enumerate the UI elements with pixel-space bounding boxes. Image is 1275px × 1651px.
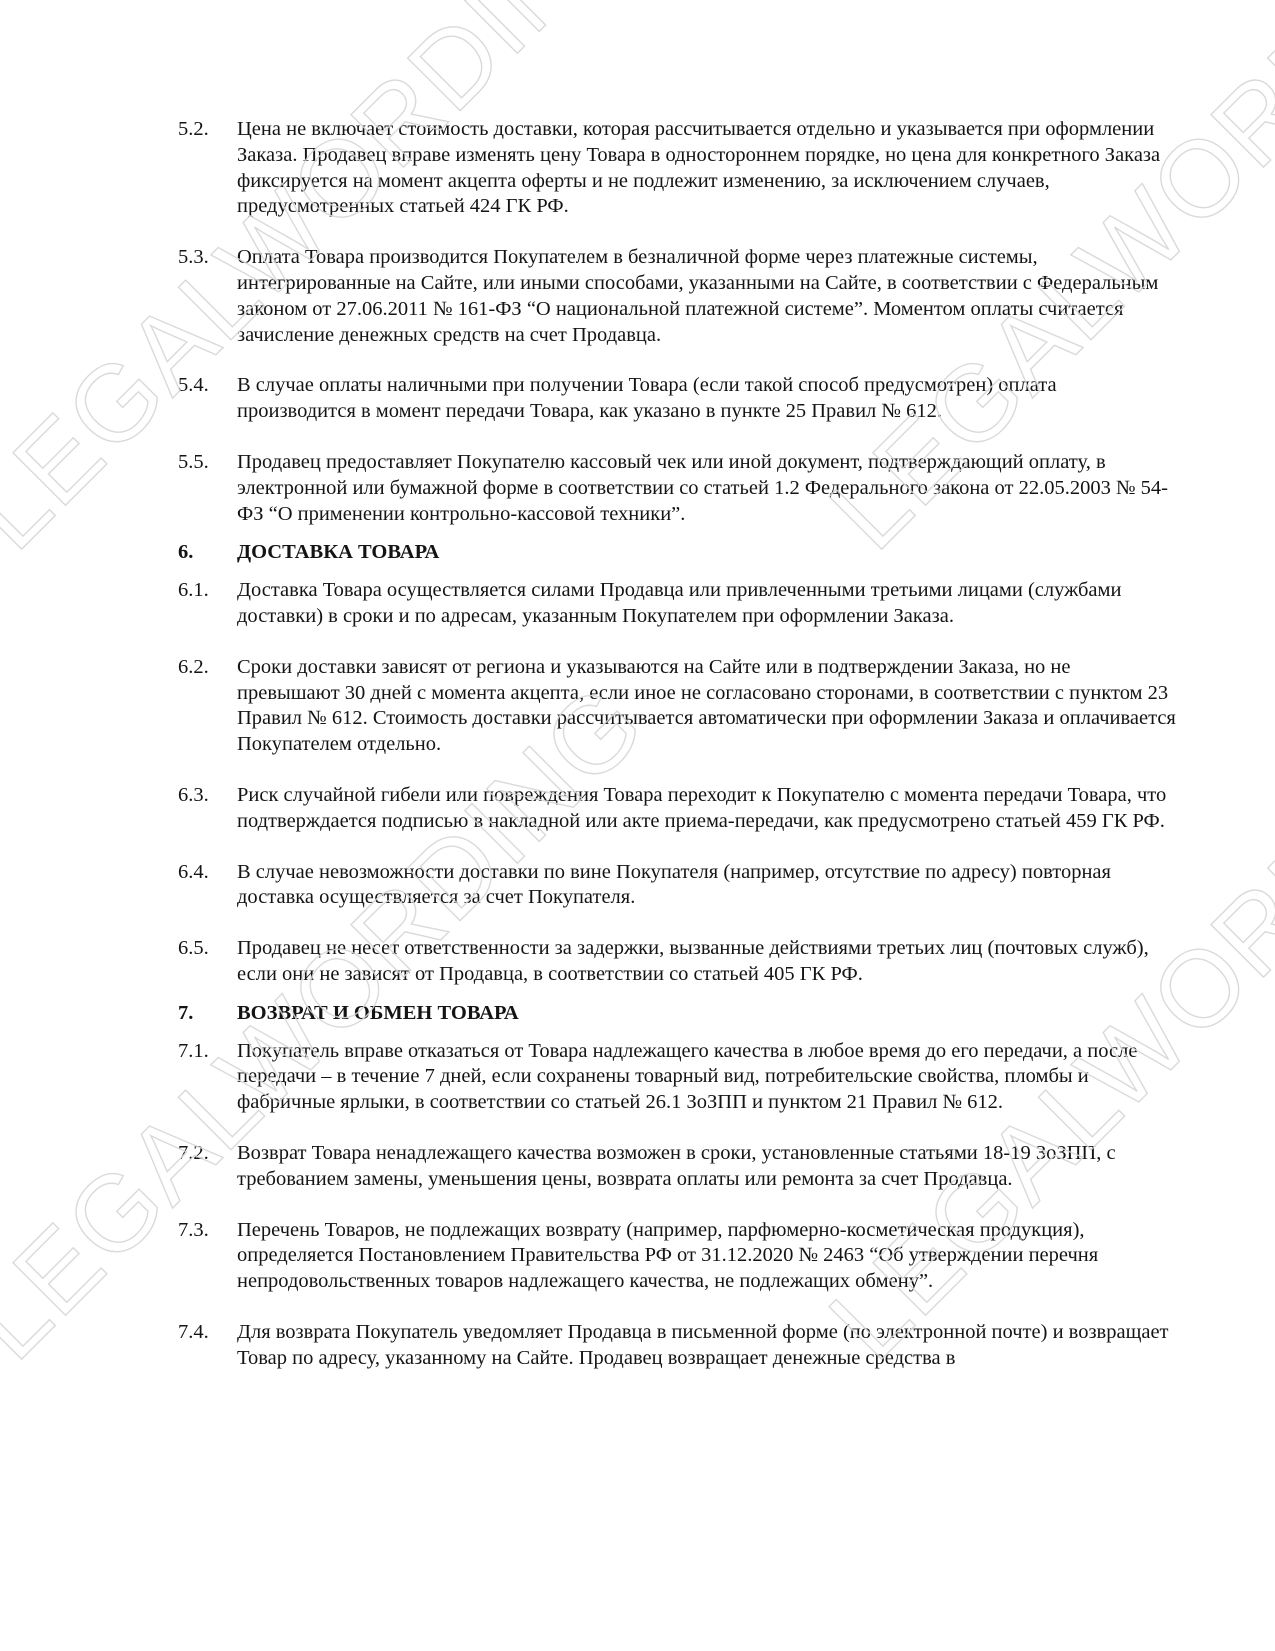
clause-5-5: 5.5. Продавец предоставляет Покупателю к… (178, 450, 1178, 527)
clause-6-2: 6.2. Сроки доставки зависят от региона и… (178, 655, 1178, 758)
clause-7-1: 7.1. Покупатель вправе отказаться от Тов… (178, 1039, 1178, 1116)
clause-text: Продавец предоставляет Покупателю кассов… (237, 450, 1178, 527)
clause-number: 5.2. (178, 117, 237, 220)
clause-number: 6.5. (178, 936, 237, 988)
clause-7-2: 7.2. Возврат Товара ненадлежащего качест… (178, 1141, 1178, 1193)
clause-text: Перечень Товаров, не подлежащих возврату… (237, 1218, 1178, 1295)
clause-number: 7.4. (178, 1320, 237, 1372)
clause-text: Доставка Товара осуществляется силами Пр… (237, 578, 1178, 630)
clause-text: Риск случайной гибели или повреждения То… (237, 783, 1178, 835)
clause-number: 6.1. (178, 578, 237, 630)
clause-text: Цена не включает стоимость доставки, кот… (237, 117, 1178, 220)
clause-7-4: 7.4. Для возврата Покупатель уведомляет … (178, 1320, 1178, 1372)
clause-5-3: 5.3. Оплата Товара производится Покупате… (178, 245, 1178, 348)
clause-number: 6.4. (178, 860, 237, 912)
document-body: 5.2. Цена не включает стоимость доставки… (178, 117, 1178, 1396)
clause-6-5: 6.5. Продавец не несет ответственности з… (178, 936, 1178, 988)
section-heading-7: 7. ВОЗВРАТ И ОБМЕН ТОВАРА (178, 1001, 1178, 1027)
clause-6-1: 6.1. Доставка Товара осуществляется сила… (178, 578, 1178, 630)
clause-number: 7.2. (178, 1141, 237, 1193)
clause-text: Оплата Товара производится Покупателем в… (237, 245, 1178, 348)
clause-text: Для возврата Покупатель уведомляет Прода… (237, 1320, 1178, 1372)
clause-text: В случае невозможности доставки по вине … (237, 860, 1178, 912)
section-number: 7. (178, 1001, 237, 1027)
clause-number: 7.3. (178, 1218, 237, 1295)
section-title: ДОСТАВКА ТОВАРА (237, 540, 1178, 566)
clause-number: 7.1. (178, 1039, 237, 1116)
document-page: 5.2. Цена не включает стоимость доставки… (0, 0, 1275, 1651)
clause-6-3: 6.3. Риск случайной гибели или поврежден… (178, 783, 1178, 835)
section-title: ВОЗВРАТ И ОБМЕН ТОВАРА (237, 1001, 1178, 1027)
clause-number: 5.5. (178, 450, 237, 527)
clause-number: 5.3. (178, 245, 237, 348)
clause-text: Продавец не несет ответственности за зад… (237, 936, 1178, 988)
clause-text: Сроки доставки зависят от региона и указ… (237, 655, 1178, 758)
clause-5-4: 5.4. В случае оплаты наличными при получ… (178, 373, 1178, 425)
section-heading-6: 6. ДОСТАВКА ТОВАРА (178, 540, 1178, 566)
clause-6-4: 6.4. В случае невозможности доставки по … (178, 860, 1178, 912)
clause-text: В случае оплаты наличными при получении … (237, 373, 1178, 425)
clause-number: 6.2. (178, 655, 237, 758)
clause-text: Возврат Товара ненадлежащего качества во… (237, 1141, 1178, 1193)
clause-text: Покупатель вправе отказаться от Товара н… (237, 1039, 1178, 1116)
clause-5-2: 5.2. Цена не включает стоимость доставки… (178, 117, 1178, 220)
clause-number: 6.3. (178, 783, 237, 835)
clause-number: 5.4. (178, 373, 237, 425)
clause-7-3: 7.3. Перечень Товаров, не подлежащих воз… (178, 1218, 1178, 1295)
section-number: 6. (178, 540, 237, 566)
